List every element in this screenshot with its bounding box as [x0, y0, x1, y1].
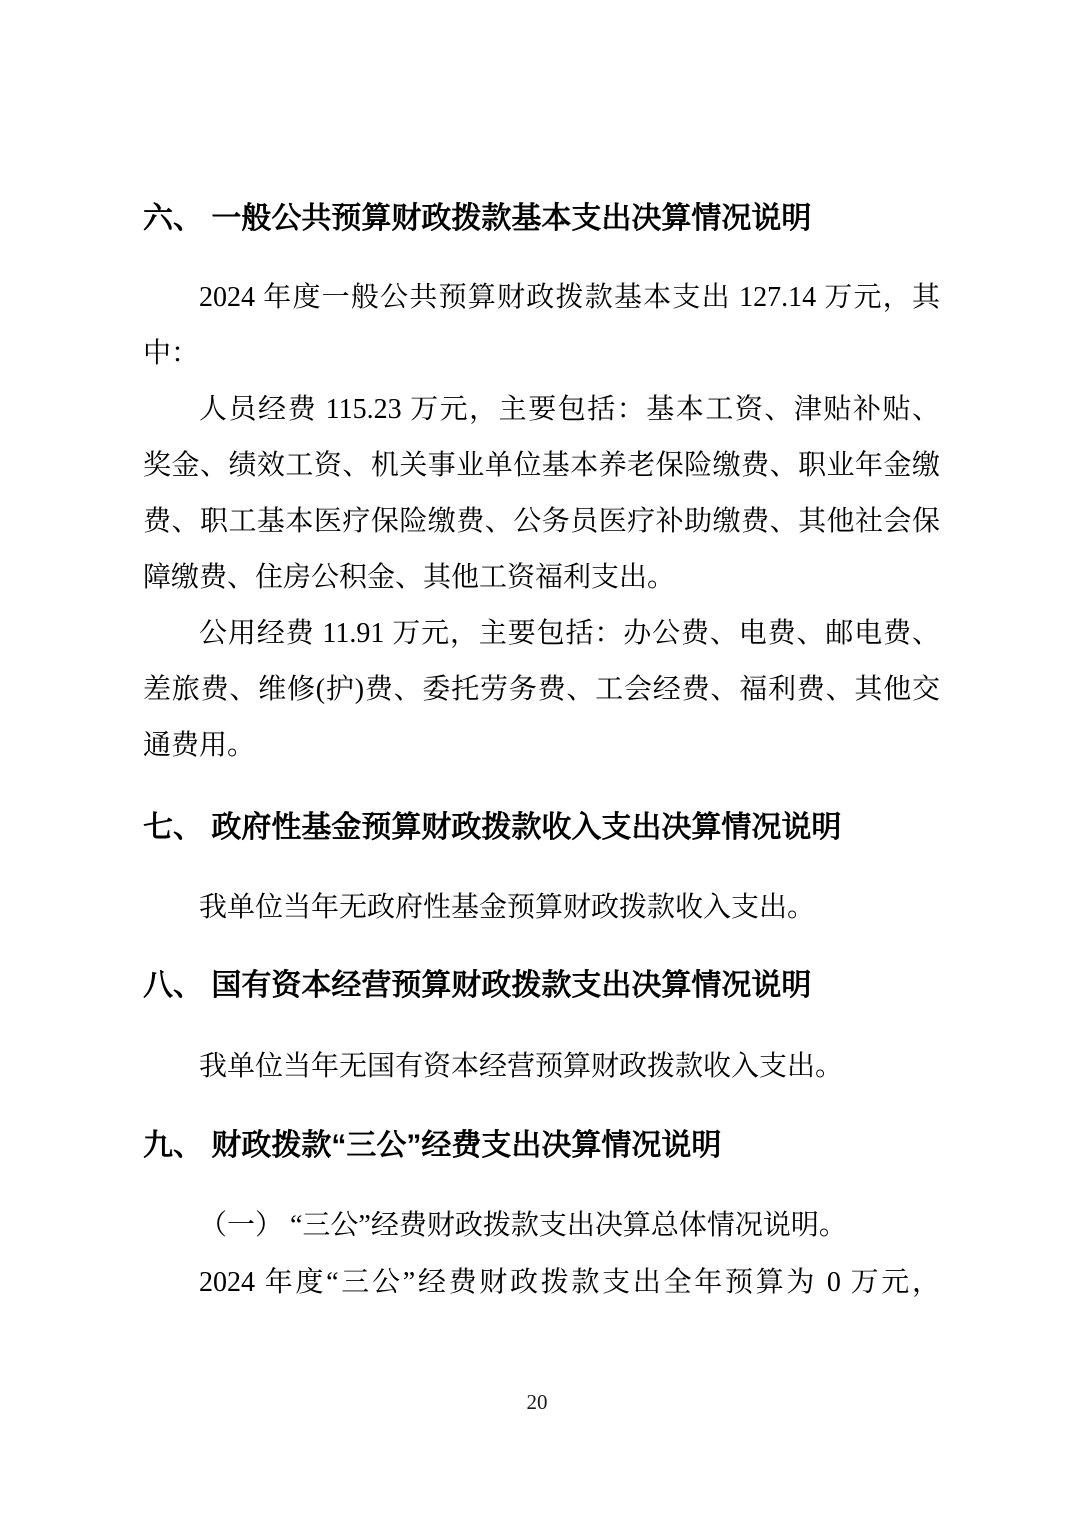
section-six-para2-line3: 费、职工基本医疗保险缴费、公务员医疗补助缴费、其他社会保 — [143, 494, 940, 550]
section-seven-para1-line1: 我单位当年无政府性基金预算财政拨款收入支出。 — [143, 880, 940, 936]
page-number: 20 — [0, 1387, 1074, 1417]
section-six-para3-line3: 通费用。 — [143, 718, 940, 774]
section-six-para2-line2: 奖金、绩效工资、机关事业单位基本养老保险缴费、职业年金缴 — [143, 438, 940, 494]
section-seven-heading: 七、 政府性基金预算财政拨款收入支出决算情况说明 — [143, 800, 940, 856]
section-six-para3-line2: 差旅费、维修(护)费、委托劳务费、工会经费、福利费、其他交 — [143, 662, 940, 718]
section-six-para1-line2: 中： — [143, 326, 940, 382]
section-nine-para2-line1: 2024 年度“三公”经费财政拨款支出全年预算为 0 万元， — [143, 1255, 940, 1311]
section-six-para3-line1: 公用经费 11.91 万元，主要包括：办公费、电费、邮电费、 — [143, 606, 940, 662]
section-six-para2-line4: 障缴费、住房公积金、其他工资福利支出。 — [143, 550, 940, 606]
section-six-para2-line1: 人员经费 115.23 万元，主要包括：基本工资、津贴补贴、 — [143, 382, 940, 438]
section-six-heading: 六、 一般公共预算财政拨款基本支出决算情况说明 — [143, 191, 940, 247]
section-eight-para1-line1: 我单位当年无国有资本经营预算财政拨款收入支出。 — [143, 1039, 940, 1095]
section-six-para1-line1: 2024 年度一般公共预算财政拨款基本支出 127.14 万元，其 — [143, 270, 940, 326]
section-eight-heading: 八、 国有资本经营预算财政拨款支出决算情况说明 — [143, 958, 940, 1014]
document-page: 六、 一般公共预算财政拨款基本支出决算情况说明 2024 年度一般公共预算财政拨… — [0, 0, 1074, 1520]
section-nine-heading: 九、 财政拨款“三公”经费支出决算情况说明 — [143, 1118, 940, 1174]
section-nine-para1-line1: （一） “三公”经费财政拨款支出决算总体情况说明。 — [143, 1198, 940, 1254]
